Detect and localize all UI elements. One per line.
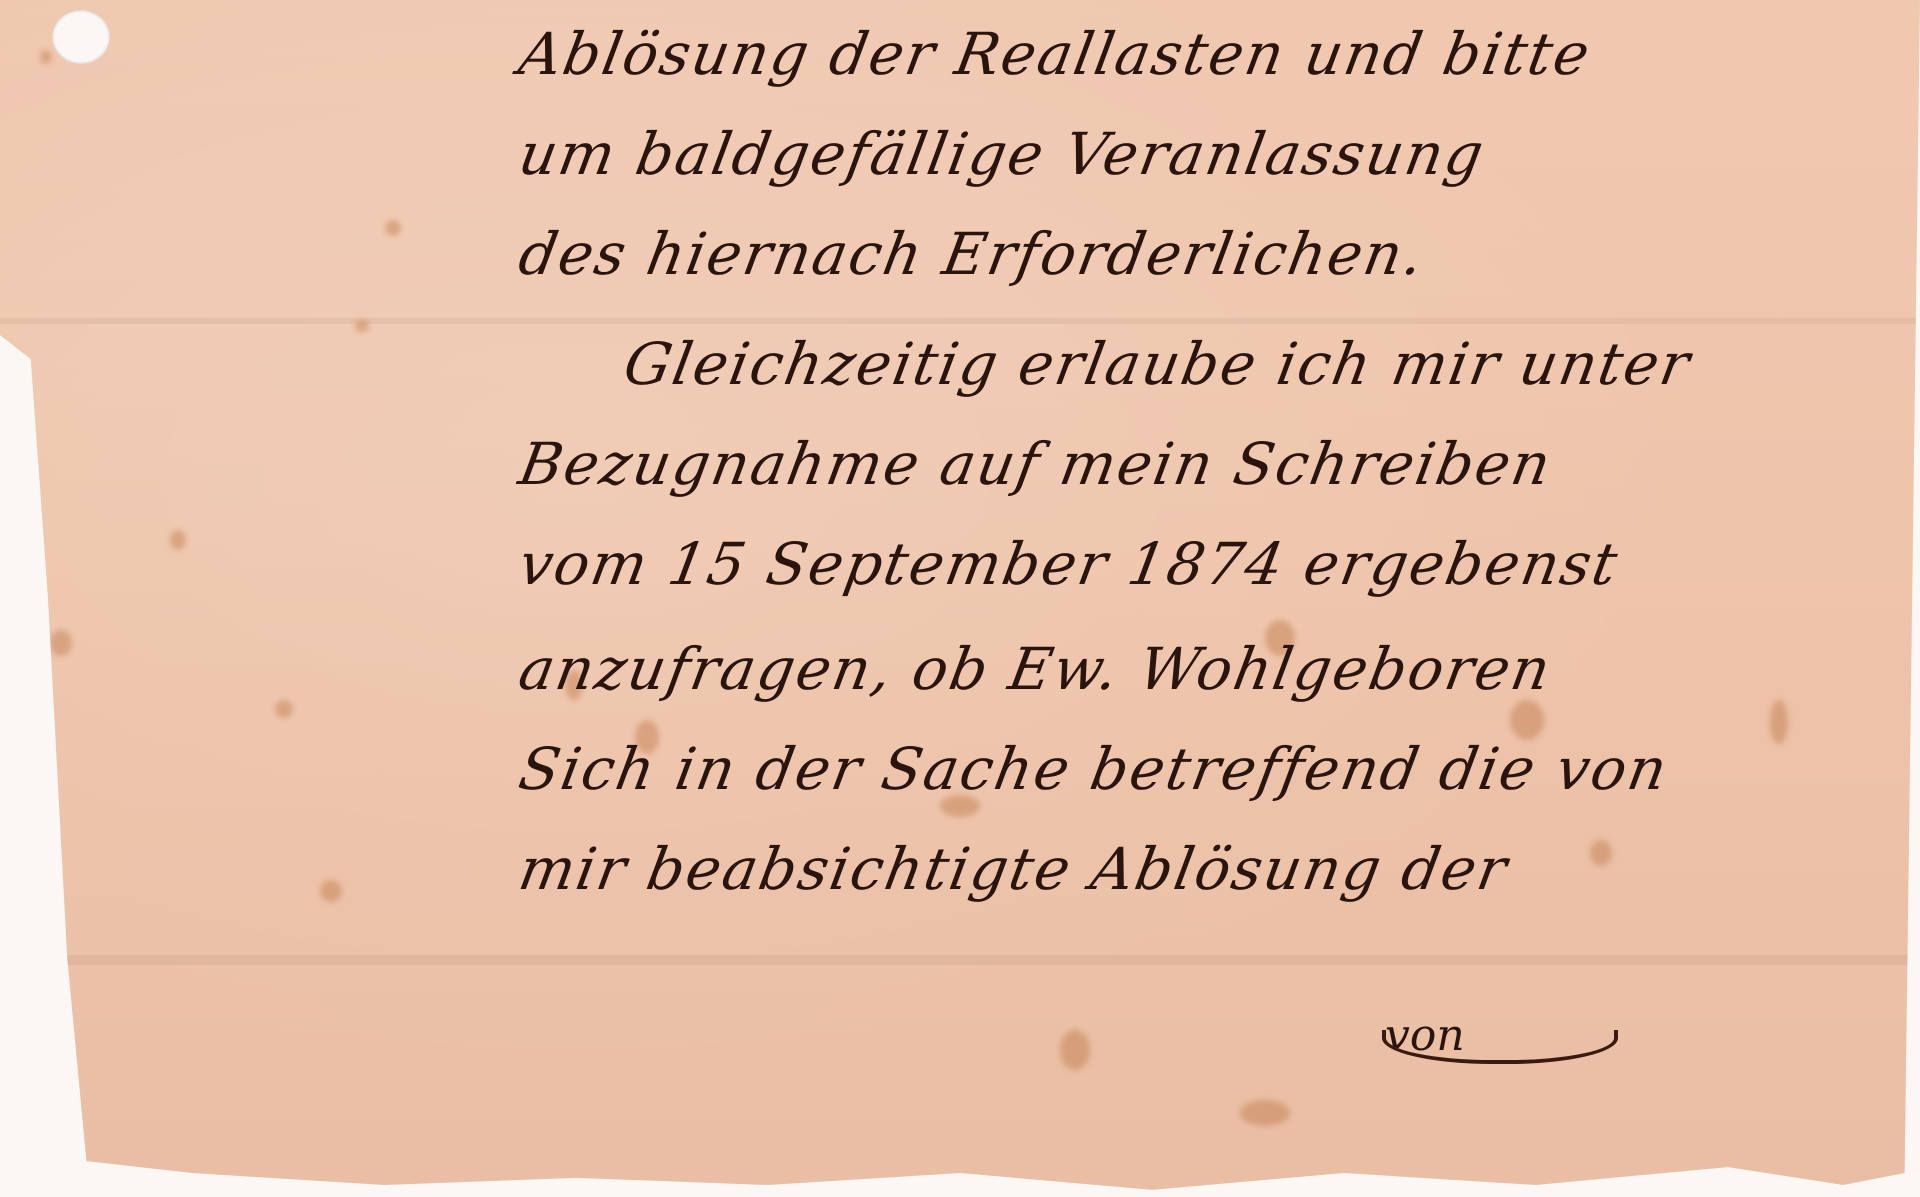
foxing-stain bbox=[170, 530, 186, 550]
foxing-stain bbox=[1240, 1100, 1290, 1126]
foxing-stain bbox=[355, 320, 369, 332]
foxing-stain bbox=[385, 220, 401, 236]
paper-fold bbox=[0, 318, 1920, 324]
text-line: Gleichzeitig erlaube ich mir unter bbox=[619, 330, 1696, 398]
text-line: anzufragen, ob Ew. Wohlgeboren bbox=[514, 635, 1557, 703]
text-line: vom 15 September 1874 ergebenst bbox=[514, 530, 1624, 598]
foxing-stain bbox=[1060, 1030, 1090, 1070]
foxing-stain bbox=[50, 630, 72, 656]
foxing-stain bbox=[1590, 840, 1612, 866]
text-line: Bezugnahme auf mein Schreiben bbox=[514, 430, 1558, 498]
foxing-stain bbox=[275, 700, 293, 718]
foxing-stain bbox=[1770, 700, 1788, 744]
paper-fold bbox=[0, 955, 1920, 965]
text-line: mir beabsichtigte Ablösung der bbox=[514, 835, 1514, 903]
foxing-stain bbox=[320, 880, 342, 902]
text-line: um baldgefällige Veranlassung bbox=[514, 120, 1490, 188]
foxing-stain bbox=[40, 50, 52, 64]
letter-page: Ablösung der Reallasten und bitte um bal… bbox=[0, 0, 1920, 1197]
text-line: des hiernach Erforderlichen. bbox=[514, 220, 1430, 288]
text-line: Ablösung der Reallasten und bitte bbox=[514, 20, 1596, 88]
text-line: Sich in der Sache betreffend die von bbox=[514, 735, 1674, 803]
foxing-stain bbox=[1510, 700, 1544, 740]
punch-hole bbox=[52, 10, 110, 64]
